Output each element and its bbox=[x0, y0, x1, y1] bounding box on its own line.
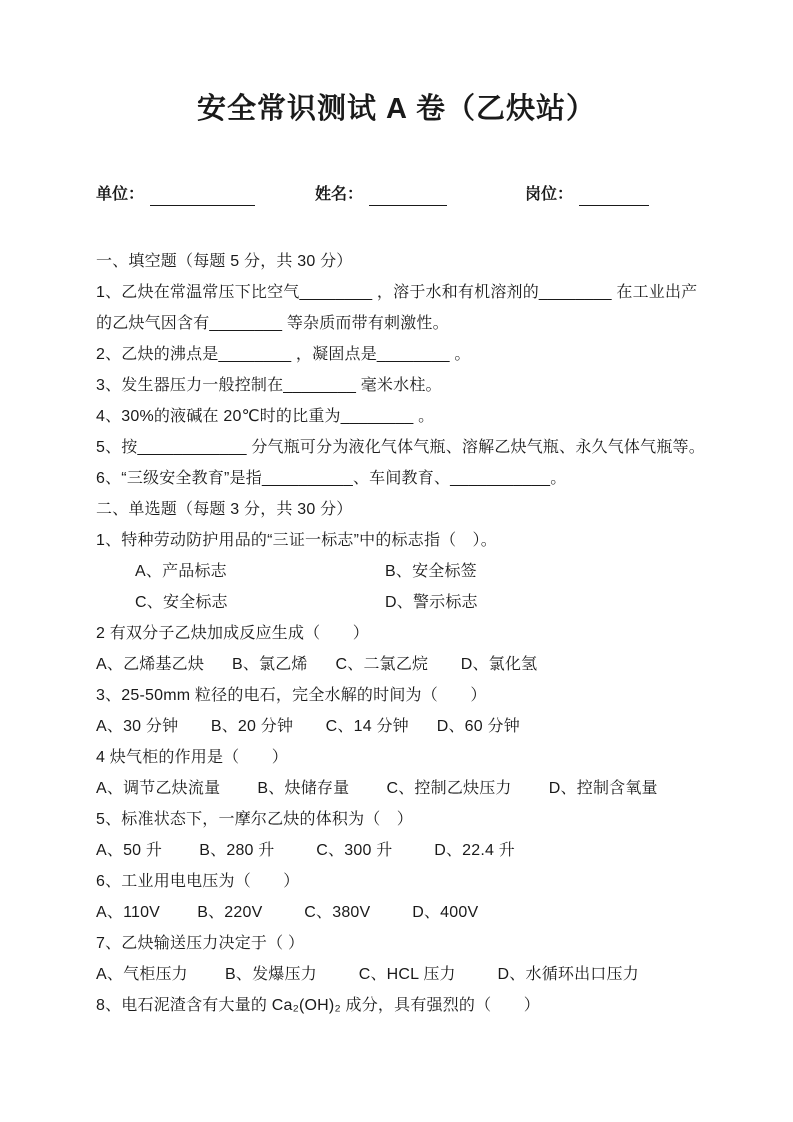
document-page: 安全常识测试 A 卷（乙炔站） 单位： 姓名： 岗位： 一、填空题（每题 5 分… bbox=[0, 0, 793, 1122]
unit-field-blank bbox=[150, 186, 255, 206]
question: 8、电石泥渣含有大量的 Ca₂(OH)₂ 成分，具有强烈的（ ） bbox=[96, 990, 697, 1021]
question: 1、特种劳动防护用品的“三证一标志”中的标志指（ ）。 bbox=[96, 525, 697, 556]
unit-field-label: 单位： bbox=[96, 184, 144, 206]
options: A、乙烯基乙炔 B、氯乙烯 C、二氯乙烷 D、氯化氢 bbox=[96, 649, 697, 680]
question: 4、30%的液碱在 20℃时的比重为________ 。 bbox=[96, 401, 697, 432]
position-field-blank bbox=[579, 186, 649, 206]
options: C、安全标志D、警示标志 bbox=[96, 587, 697, 618]
name-field-label: 姓名： bbox=[315, 184, 363, 206]
question: 6、工业用电电压为（ ） bbox=[96, 866, 697, 897]
option-col1: A、产品标志 bbox=[135, 556, 385, 587]
unit-field: 单位： bbox=[96, 182, 315, 206]
options: A、110V B、220V C、380V D、400V bbox=[96, 897, 697, 928]
section-heading: 二、单选题（每题 3 分，共 30 分） bbox=[96, 494, 697, 525]
header-fields: 单位： 姓名： 岗位： bbox=[96, 182, 697, 206]
option-col1: C、安全标志 bbox=[135, 587, 385, 618]
name-field: 姓名： bbox=[315, 182, 525, 206]
option-col2: B、安全标签 bbox=[385, 563, 477, 580]
section-heading: 一、填空题（每题 5 分，共 30 分） bbox=[96, 246, 697, 277]
options: A、调节乙炔流量 B、炔储存量 C、控制乙炔压力 D、控制含氧量 bbox=[96, 773, 697, 804]
question: 2、乙炔的沸点是________ ，凝固点是________ 。 bbox=[96, 339, 697, 370]
option-col2: D、警示标志 bbox=[385, 594, 478, 611]
question: 2 有双分子乙炔加成反应生成（ ） bbox=[96, 618, 697, 649]
position-field: 岗位： bbox=[525, 182, 649, 206]
position-field-label: 岗位： bbox=[525, 184, 573, 206]
options: A、50 升 B、280 升 C、300 升 D、22.4 升 bbox=[96, 835, 697, 866]
name-field-blank bbox=[369, 186, 447, 206]
question: 3、发生器压力一般控制在________ 毫米水柱。 bbox=[96, 370, 697, 401]
question: 3、25-50mm 粒径的电石，完全水解的时间为（ ） bbox=[96, 680, 697, 711]
question: 6、“三级安全教育”是指__________、车间教育、___________。 bbox=[96, 463, 697, 494]
question: 1、乙炔在常温常压下比空气________ ，溶于水和有机溶剂的________… bbox=[96, 277, 697, 308]
question: 7、乙炔输送压力决定于（ ） bbox=[96, 928, 697, 959]
options: A、30 分钟 B、20 分钟 C、14 分钟 D、60 分钟 bbox=[96, 711, 697, 742]
question: 4 炔气柜的作用是（ ） bbox=[96, 742, 697, 773]
question: 5、标准状态下，一摩尔乙炔的体积为（ ） bbox=[96, 804, 697, 835]
options: A、气柜压力 B、发爆压力 C、HCL 压力 D、水循环出口压力 bbox=[96, 959, 697, 990]
question: 5、按____________ 分气瓶可分为液化气体气瓶、溶解乙炔气瓶、永久气体… bbox=[96, 432, 697, 463]
page-title: 安全常识测试 A 卷（乙炔站） bbox=[96, 88, 697, 130]
options: A、产品标志B、安全标签 bbox=[96, 556, 697, 587]
question: 的乙炔气因含有________ 等杂质而带有刺激性。 bbox=[96, 308, 697, 339]
document-body: 一、填空题（每题 5 分，共 30 分）1、乙炔在常温常压下比空气_______… bbox=[96, 246, 697, 1021]
